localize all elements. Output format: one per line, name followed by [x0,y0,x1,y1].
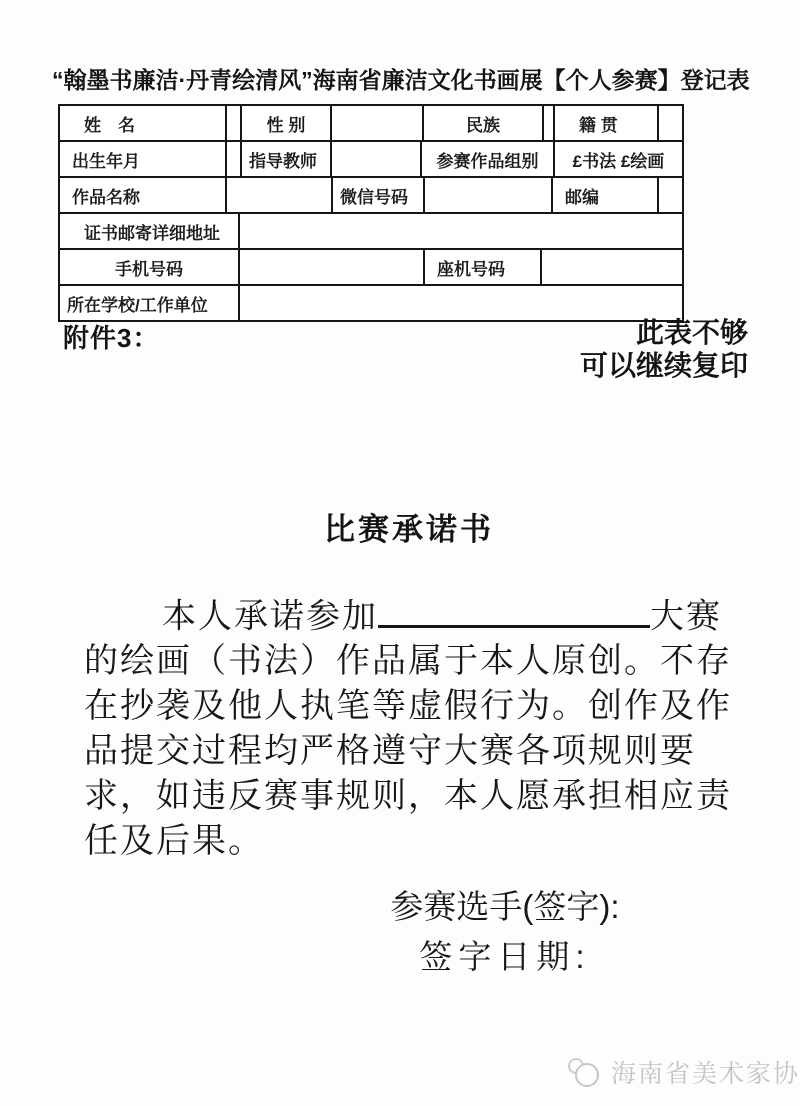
landline-label: 座机号码 [423,250,540,284]
gender-label: 性 别 [240,106,330,140]
native-place-label: 籍 贯 [553,106,657,140]
gender-value-cell [330,106,422,140]
commitment-line-3: 在抄袭及他人执笔等虚假行为。创作及作 [84,684,764,729]
postal-label: 邮编 [551,178,657,212]
signer-label: 参赛选手(签字): [210,882,800,932]
registration-table: 姓 名 性 别 民族 籍 贯 出生年月 指导教师 参赛作品组别 £书法 £绘画 … [58,104,684,322]
birth-label: 出生年月 [60,142,225,176]
wechat-label: 微信号码 [331,178,423,212]
entry-group-options: £书法 £绘画 [553,142,682,176]
table-row-4: 证书邮寄详细地址 [60,212,682,248]
form-title: “翰墨书廉洁·丹青绘清风”海南省廉洁文化书画展【个人参赛】登记表 [52,62,752,95]
birth-spacer-cell [225,142,240,176]
name-spacer-cell [225,106,240,140]
association-logo-icon [566,1055,602,1089]
commitment-line-2: 的绘画（书法）作品属于本人原创。不存 [84,639,764,684]
table-row-1: 姓 名 性 别 民族 籍 贯 [60,106,682,140]
attachment-label: 附件3： [63,318,159,355]
postal-value-cell [657,178,682,212]
watermark-text: 海南省美术家协会 [611,1054,800,1090]
commitment-line-6: 任及后果。 [84,819,764,864]
table-row-3: 作品名称 微信号码 邮编 [60,176,682,212]
table-row-2: 出生年月 指导教师 参赛作品组别 £书法 £绘画 [60,140,682,176]
wechat-value-cell [423,178,551,212]
commitment-line1-lead: 本人承诺参加 [162,598,378,636]
school-value-cell [238,286,682,320]
copy-note-line1: 此表不够 [580,316,748,349]
name-label: 姓 名 [60,106,225,140]
instructor-value-cell [330,142,420,176]
competition-name-blank-line [378,594,650,628]
landline-value-cell [540,250,682,284]
commitment-line1-tail: 大赛 [650,598,722,636]
copy-note: 此表不够 可以继续复印 [580,316,748,382]
entry-group-label: 参赛作品组别 [420,142,553,176]
mobile-label: 手机号码 [60,250,238,284]
signature-block: 参赛选手(签字): 签字日期: [210,882,800,982]
work-title-value-cell [225,178,331,212]
ethnicity-spacer-cell [542,106,553,140]
school-label: 所在学校/工作单位 [60,286,238,320]
mobile-value-cell [238,250,423,284]
commitment-heading: 比赛承诺书 [0,504,800,549]
table-row-5: 手机号码 座机号码 [60,248,682,284]
commitment-line-4: 品提交过程均严格遵守大赛各项规则要 [84,729,764,774]
mailing-address-value-cell [238,214,682,248]
native-place-value-cell [657,106,682,140]
sign-date-label: 签字日期: [210,932,800,982]
work-title-label: 作品名称 [60,178,225,212]
commitment-line-5: 求，如违反赛事规则，本人愿承担相应责 [84,774,764,819]
copy-note-line2: 可以继续复印 [580,349,748,382]
ethnicity-label: 民族 [422,106,542,140]
commitment-paragraph: 本人承诺参加大赛 的绘画（书法）作品属于本人原创。不存 在抄袭及他人执笔等虚假行… [84,594,764,864]
watermark: 海南省美术家协会 [566,1054,800,1090]
table-row-6: 所在学校/工作单位 [60,284,682,320]
commitment-line-1: 本人承诺参加大赛 [84,594,764,639]
instructor-label: 指导教师 [240,142,330,176]
mailing-address-label: 证书邮寄详细地址 [60,214,238,248]
document-page: “翰墨书廉洁·丹青绘清风”海南省廉洁文化书画展【个人参赛】登记表 姓 名 性 别… [0,0,800,1106]
